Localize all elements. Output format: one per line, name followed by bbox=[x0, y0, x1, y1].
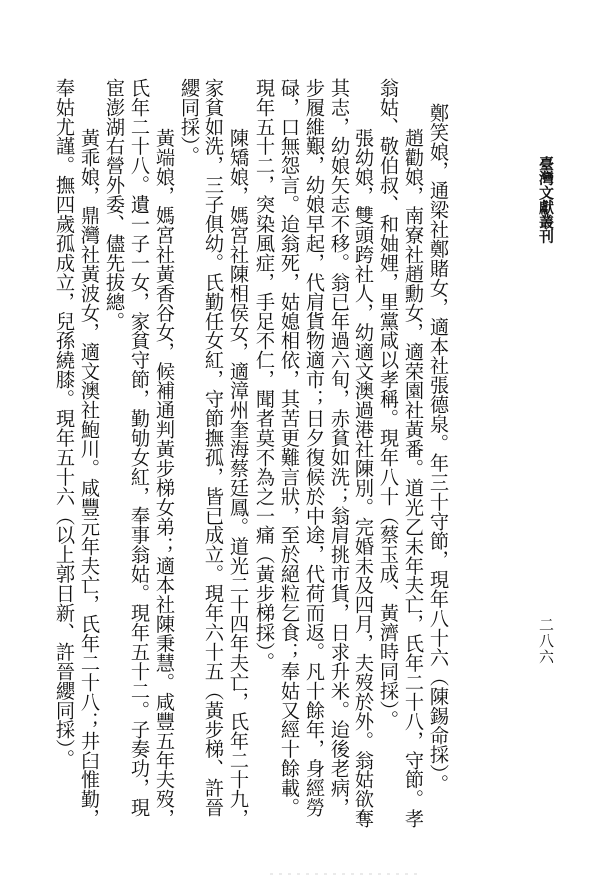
text-column: 宦澎湖右營外委、儘先拔總。 bbox=[102, 78, 126, 331]
journal-title: 臺灣文獻叢刊 bbox=[536, 156, 557, 243]
text-column: 家貧如洗，三子俱幼。氏勤任女紅，守節撫孤，皆已成立。現年六十五（黃步梯、許晉 bbox=[201, 78, 225, 817]
text-column: 氏年二十八。遺一子一女，家貧守節，勤劬女紅，奉事翁姑。現年五十二。子奏功，現 bbox=[127, 78, 151, 817]
text-column: 步履維艱，幼娘早起，代肩貨物適市；日夕復候於中途，代荷而返。凡十餘年，身經勞 bbox=[302, 78, 326, 817]
scan-artifact bbox=[270, 873, 420, 875]
text-column: 黃乖娘，鼎灣社黃波女，適文澳社鮑川。咸豐元年夫亡，氏年二十八；井臼惟勤， bbox=[77, 128, 101, 828]
text-column: 黃端娘，媽宮社黃香谷女，候補通判黃步梯女弟；適本社陳秉慧。咸豐五年夫歿， bbox=[152, 128, 176, 828]
text-column: 張幼娘，雙頭跨社人，幼適文澳過港社陳別。完婚未及四月，夫歿於外。翁姑欲奪 bbox=[351, 128, 375, 828]
text-column: 碌，口無怨言。迨翁死，姑媳相依，其苦更難言狀，至於絕粒乞食；奉姑又經十餘載。 bbox=[277, 78, 301, 817]
text-column: 現年五十二，突染風症，手足不仁，聞者莫不為之一痛（黃步梯採）。 bbox=[252, 78, 276, 671]
text-column: 陳矯娘，媽宮社陳相侯女，適漳州奎海蔡廷鳳。道光二十四年夫亡，氏年二十九， bbox=[226, 128, 250, 828]
page-number: 二八六 bbox=[536, 617, 557, 665]
text-column: 翁姑、敬伯叔、和妯娌，里黨咸以孝稱。現年八十（蔡玉成、黃濟時同採）。 bbox=[376, 78, 400, 730]
document-page: 臺灣文獻叢刊 二八六 鄭笑娘，通梁社鄭賭女，適本社張德泉。年三十守節，現年八十六… bbox=[0, 0, 600, 881]
text-column: 鄭笑娘，通梁社鄭賭女，適本社張德泉。年三十守節，現年八十六（陳錫命採）。 bbox=[426, 103, 450, 794]
text-column: 其志，幼娘矢志不移。翁已年過六旬，赤貧如洗；翁肩挑市貨，日求升米。迨後老病， bbox=[327, 78, 351, 817]
text-column: 纓同採）。 bbox=[177, 78, 201, 166]
text-column: 趙勸娘，南寮社趙勳女，適荣園社黃番。道光乙未年夫亡，氏年二十八，守節。孝 bbox=[401, 128, 425, 828]
text-column: 奉姑尤謹。撫四歲孤成立，兒孫繞膝。現年五十六（以上郭日新、許晉纓同採）。 bbox=[52, 78, 76, 769]
